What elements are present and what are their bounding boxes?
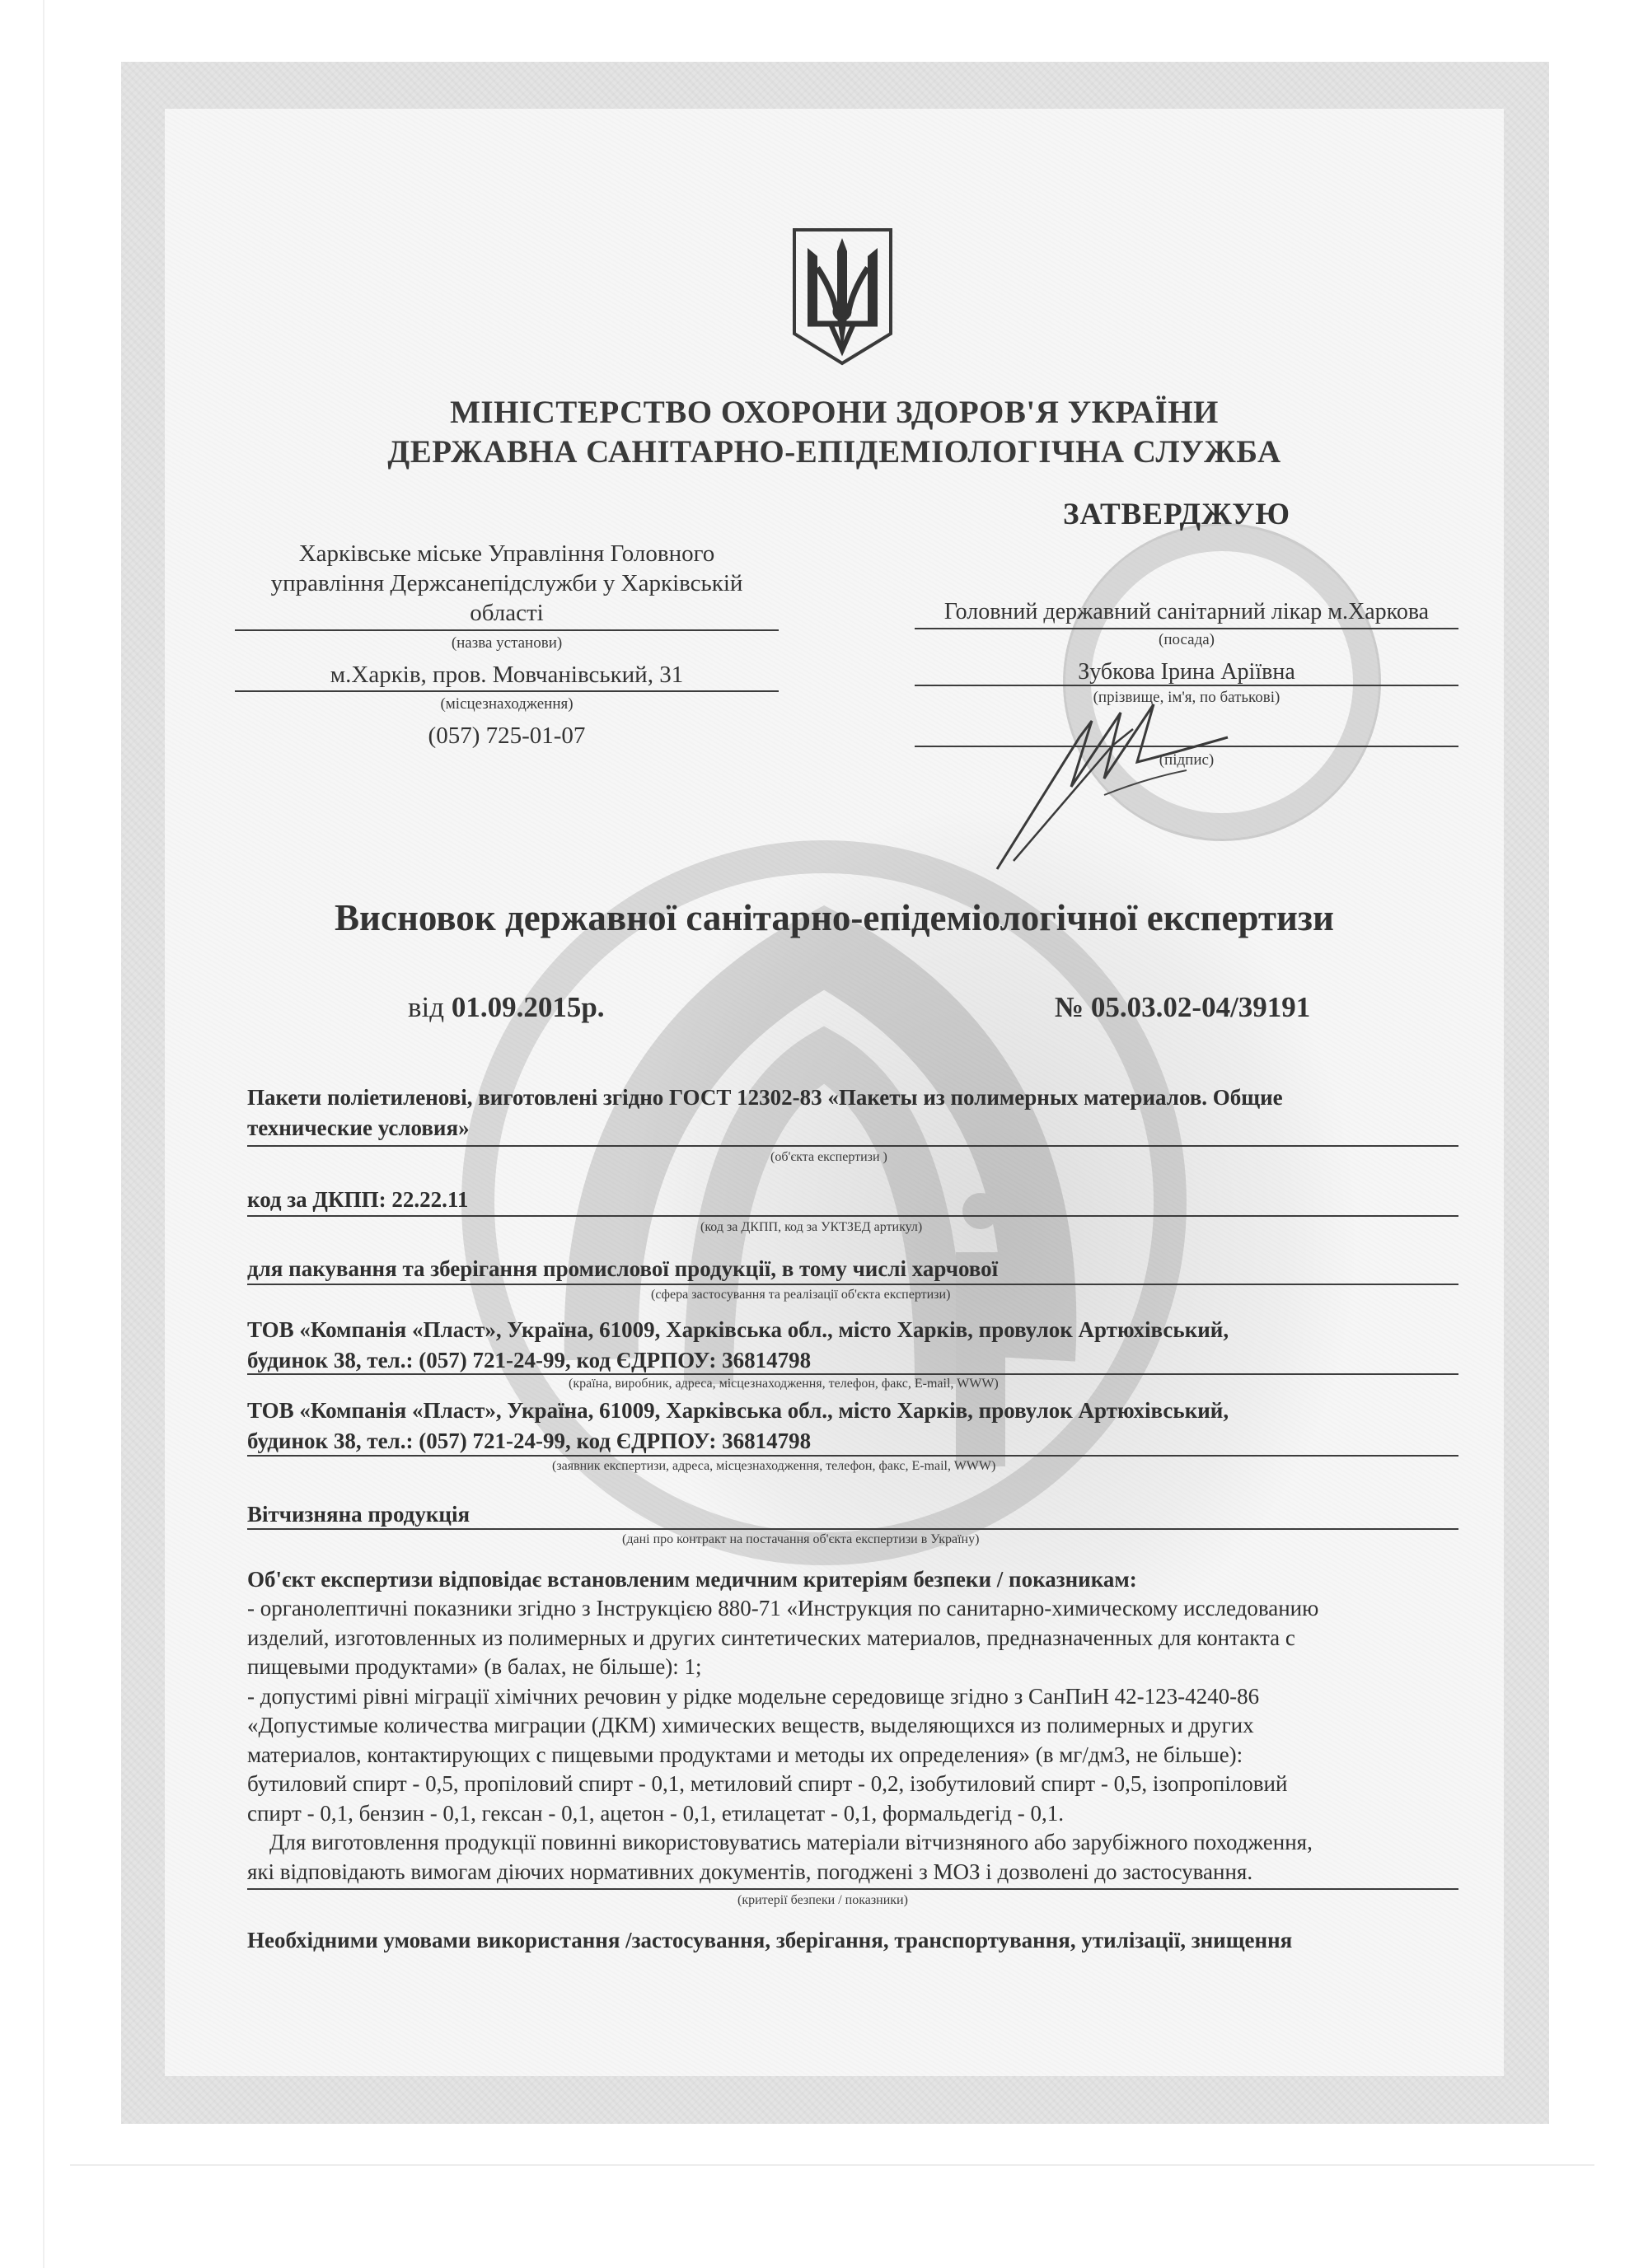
criteria-line: изделий, изготовленных из полимерных и д… xyxy=(247,1624,1458,1653)
manufacturer-line: ТОВ «Компанія «Пласт», Україна, 61009, Х… xyxy=(247,1315,1450,1345)
criteria-line: - органолептичні показники згідно з Інст… xyxy=(247,1594,1458,1624)
criteria-line: - допустимі рівні міграції хімічних речо… xyxy=(247,1682,1458,1712)
applicant: ТОВ «Компанія «Пласт», Україна, 61009, Х… xyxy=(247,1396,1450,1457)
institution-name-line: управління Держсанепідслужби у Харківськ… xyxy=(235,568,779,598)
expertise-object-line: Пакети поліетиленові, виготовлені згідно… xyxy=(247,1083,1450,1113)
criteria-line: бутиловий спирт - 0,5, пропіловий спирт … xyxy=(247,1770,1458,1799)
scan-edge xyxy=(70,2164,1594,2166)
field-underline xyxy=(915,685,1458,686)
contract-info: Вітчизняна продукція xyxy=(247,1499,1450,1530)
date-prefix: від xyxy=(408,991,444,1023)
criteria-line: материалов, контактирующих с пищевыми пр… xyxy=(247,1741,1458,1770)
field-underline xyxy=(247,1284,1458,1285)
manufacturer-caption: (країна, виробник, адреса, місцезнаходже… xyxy=(569,1377,999,1391)
approval-title: ЗАТВЕРДЖУЮ xyxy=(1063,497,1290,532)
field-underline xyxy=(247,1455,1458,1457)
criteria-line: «Допустимые количества миграции (ДКМ) хи… xyxy=(247,1711,1458,1741)
contract-caption: (дані про контракт на постачання об'єкта… xyxy=(622,1532,979,1547)
dkpp-code: код за ДКПП: 22.22.11 xyxy=(247,1185,1450,1215)
institution-phone: (057) 725-01-07 xyxy=(235,722,779,750)
criteria-line: спирт - 0,1, бензин - 0,1, гексан - 0,1,… xyxy=(247,1799,1458,1829)
expertise-object-line: технические условия» xyxy=(247,1113,1450,1143)
document-date: від 01.09.2015р. xyxy=(408,991,605,1024)
field-underline xyxy=(915,628,1458,629)
field-underline xyxy=(247,1215,1458,1217)
object-caption: (об'єкта експертизи ) xyxy=(770,1150,887,1165)
applicant-line: ТОВ «Компанія «Пласт», Україна, 61009, Х… xyxy=(247,1396,1450,1426)
approver-name: Зубкова Ірина Аріївна xyxy=(915,659,1458,685)
applicant-line: будинок 38, тел.: (057) 721-24-99, код Є… xyxy=(247,1426,1450,1457)
institution-name-line: Харківське міське Управління Головного xyxy=(235,539,779,568)
address-caption: (місцезнаходження) xyxy=(235,695,779,713)
field-underline xyxy=(247,1888,1458,1890)
manufacturer: ТОВ «Компанія «Пласт», Україна, 61009, Х… xyxy=(247,1315,1450,1376)
application-scope: для пакування та зберігання промислової … xyxy=(247,1254,1450,1284)
conditions-heading: Необхідними умовами використання /застос… xyxy=(247,1926,1458,1956)
field-underline xyxy=(235,690,779,692)
field-underline xyxy=(247,1373,1458,1375)
criteria-line: пищевыми продуктами» (в балах, не більше… xyxy=(247,1653,1458,1682)
institution-address: м.Харків, пров. Мовчанівський, 31 xyxy=(235,662,779,689)
ministry-title: МІНІСТЕРСТВО ОХОРОНИ ЗДОРОВ'Я УКРАЇНИ xyxy=(165,394,1504,431)
handwritten-signature-icon xyxy=(981,688,1244,877)
institution-block: Харківське міське Управління Головного у… xyxy=(235,539,779,628)
criteria-caption: (критерії безпеки / показники) xyxy=(737,1893,908,1908)
criteria-list: - органолептичні показники згідно з Інст… xyxy=(247,1594,1458,1887)
manufacturer-line: будинок 38, тел.: (057) 721-24-99, код Є… xyxy=(247,1345,1450,1376)
dkpp-caption: (код за ДКПП, код за УКТЗЕД артикул) xyxy=(700,1220,922,1235)
document-title: Висновок державної санітарно-епідеміолог… xyxy=(165,896,1504,939)
expertise-object: Пакети поліетиленові, виготовлені згідно… xyxy=(247,1083,1450,1143)
field-underline xyxy=(235,629,779,631)
ukraine-trident-emblem-icon xyxy=(791,227,894,367)
date-value: 01.09.2015р. xyxy=(452,991,605,1023)
scan-edge xyxy=(43,0,44,2268)
position-caption: (посада) xyxy=(915,631,1458,649)
institution-caption: (назва установи) xyxy=(235,634,779,652)
applicant-caption: (заявник експертизи, адреса, місцезнаход… xyxy=(552,1459,995,1474)
criteria-line: Для виготовлення продукції повинні викор… xyxy=(247,1828,1458,1858)
scope-caption: (сфера застосування та реалізації об'єкт… xyxy=(651,1288,950,1302)
service-title: ДЕРЖАВНА САНІТАРНО-ЕПІДЕМІОЛОГІЧНА СЛУЖБ… xyxy=(165,433,1504,470)
institution-name-line: області xyxy=(235,598,779,628)
criteria-line: які відповідають вимогам діючих норматив… xyxy=(247,1858,1458,1887)
criteria-heading: Об'єкт експертизи відповідає встановлени… xyxy=(247,1565,1458,1595)
approver-position: Головний державний санітарний лікар м.Ха… xyxy=(915,599,1458,625)
field-underline xyxy=(247,1145,1458,1147)
document-number: № 05.03.02-04/39191 xyxy=(1055,991,1310,1024)
field-underline xyxy=(247,1528,1458,1530)
